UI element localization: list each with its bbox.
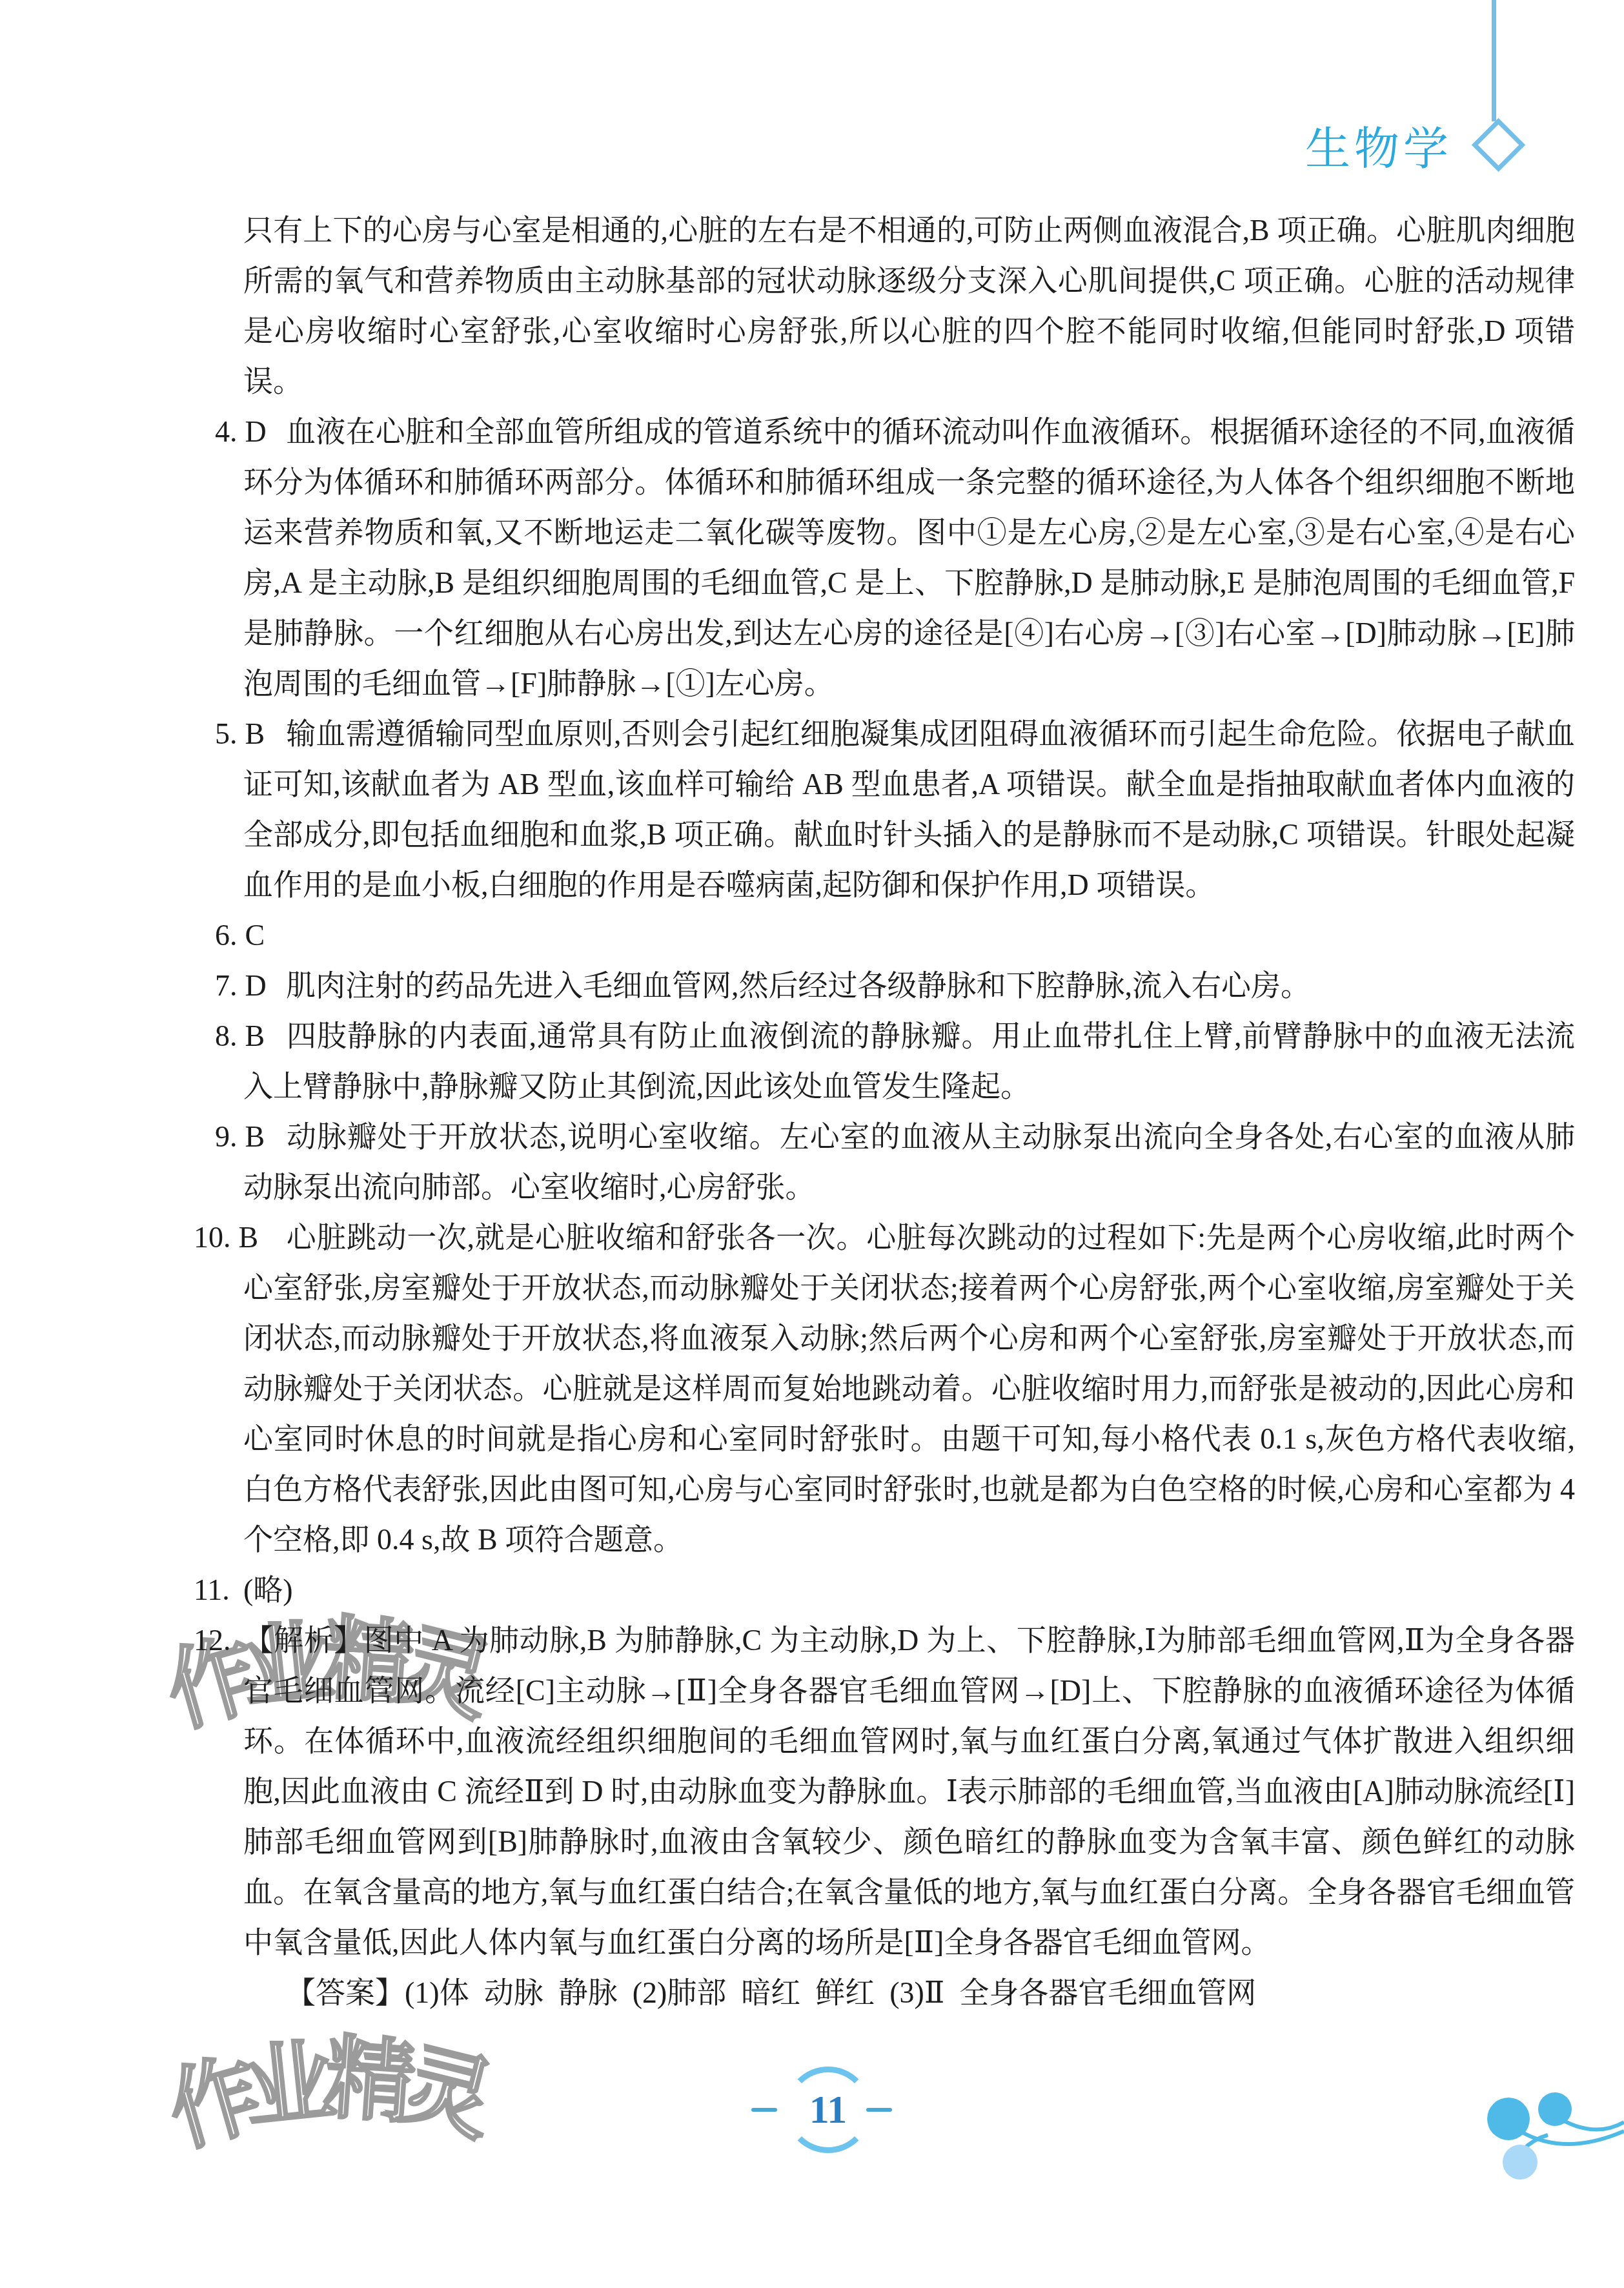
answer-letter: B [245,717,265,750]
answer-8: 8.B四肢静脉的内表面,通常具有防止血液倒流的静脉瓣。用止血带扎住上臂,前臂静脉… [243,1011,1575,1112]
subject-header: 生物学 [1305,127,1452,172]
answer-letter: D [245,969,267,1002]
answer-number: 6. [215,919,238,952]
answer-number: 7. [215,969,238,1002]
watermark-char: 业 [240,2036,328,2134]
watermark-char: 精 [322,2032,407,2128]
answer-text: 输血需遵循输同型血原则,否则会引起红细胞凝集成团阻碍血液循环而引起生命危险。依据… [243,717,1575,901]
answer-text: 心脏跳动一次,就是心脏收缩和舒张各一次。心脏每次跳动的过程如下:先是两个心房收缩… [243,1221,1575,1556]
answer-5: 5.B输血需遵循输同型血原则,否则会引起红细胞凝集成团阻碍血液循环而引起生命危险… [243,709,1575,910]
answer-number: 4. [215,415,238,448]
answer-12: 12.【解析】图中 A 为肺动脉,B 为肺静脉,C 为主动脉,D 为上、下腔静脉… [243,1615,1575,1968]
answer-10: 10.B心脏跳动一次,就是心脏收缩和舒张各一次。心脏每次跳动的过程如下:先是两个… [243,1212,1575,1565]
answer-letter: D [245,415,267,448]
answer-7: 7.D肌肉注射的药品先进入毛细血管网,然后经过各级静脉和下腔静脉,流入右心房。 [243,961,1575,1011]
answer-9: 9.B动脉瓣处于开放状态,说明心室收缩。左心室的血液从主动脉泵出流向全身各处,右… [243,1112,1575,1212]
answer-analysis-text: 【解析】图中 A 为肺动脉,B 为肺静脉,C 为主动脉,D 为上、下腔静脉,Ⅰ为… [243,1624,1575,1959]
answer-letter: B [239,1221,259,1254]
answer-11: 11.(略) [243,1565,1575,1615]
berry-circle-large [1487,2098,1530,2140]
answer-6: 6.C [243,910,1575,961]
watermark-char: 灵 [393,2038,491,2145]
page-badge-dash-left [751,2108,777,2112]
page-number: 11 [791,2072,866,2147]
answer-number: 9. [215,1120,238,1153]
answer-letter: B [245,1019,265,1052]
answer-number: 12. [194,1624,231,1657]
answer-number: 11. [194,1573,230,1606]
answer-letter: B [245,1120,265,1153]
watermark-zuoyejingling-lower: 作业精灵 [167,2047,482,2137]
answer-book-page: 生物学 作业精灵 作业精灵 只有上下的心房与心室是相通的,心脏的左右是不相通的,… [0,0,1624,2288]
header-vertical-line [1492,0,1496,121]
page-number-badge: 11 [785,2067,871,2153]
answer-4: 4.D血液在心脏和全部血管所组成的管道系统中的循环流动叫作血液循环。根据循环途径… [243,407,1575,709]
answer-3-continuation: 只有上下的心房与心室是相通的,心脏的左右是不相通的,可防止两侧血液混合,B 项正… [243,205,1575,407]
answer-number: 10. [194,1221,231,1254]
answer-number: 8. [215,1019,238,1052]
berry-circle-light [1503,2145,1538,2180]
answer-text: 四肢静脉的内表面,通常具有防止血液倒流的静脉瓣。用止血带扎住上臂,前臂静脉中的血… [243,1019,1575,1103]
answer-text: 血液在心脏和全部血管所组成的管道系统中的循环流动叫作血液循环。根据循环途径的不同… [243,415,1575,700]
header-diamond-icon [1472,118,1525,172]
answer-text: 动脉瓣处于开放状态,说明心室收缩。左心室的血液从主动脉泵出流向全身各处,右心室的… [243,1120,1575,1203]
answer-text: 肌肉注射的药品先进入毛细血管网,然后经过各级静脉和下腔静脉,流入右心房。 [286,969,1310,1002]
answers-content: 只有上下的心房与心室是相通的,心脏的左右是不相通的,可防止两侧血液混合,B 项正… [243,205,1575,2018]
berry-circle-small [1538,2092,1572,2126]
page-badge-dash-right [866,2108,892,2112]
answer-number: 5. [215,717,238,750]
answer-text: 只有上下的心房与心室是相通的,心脏的左右是不相通的,可防止两侧血液混合,B 项正… [243,214,1575,398]
corner-berries-decoration [1472,2089,1624,2198]
answer-text: (略) [243,1573,293,1606]
watermark-char: 作 [159,2050,260,2158]
answer-letter: C [245,919,265,952]
answer-12-final-answer: 【答案】(1)体 动脉 静脉 (2)肺部 暗红 鲜红 (3)Ⅱ 全身各器官毛细血… [286,1968,1575,2018]
